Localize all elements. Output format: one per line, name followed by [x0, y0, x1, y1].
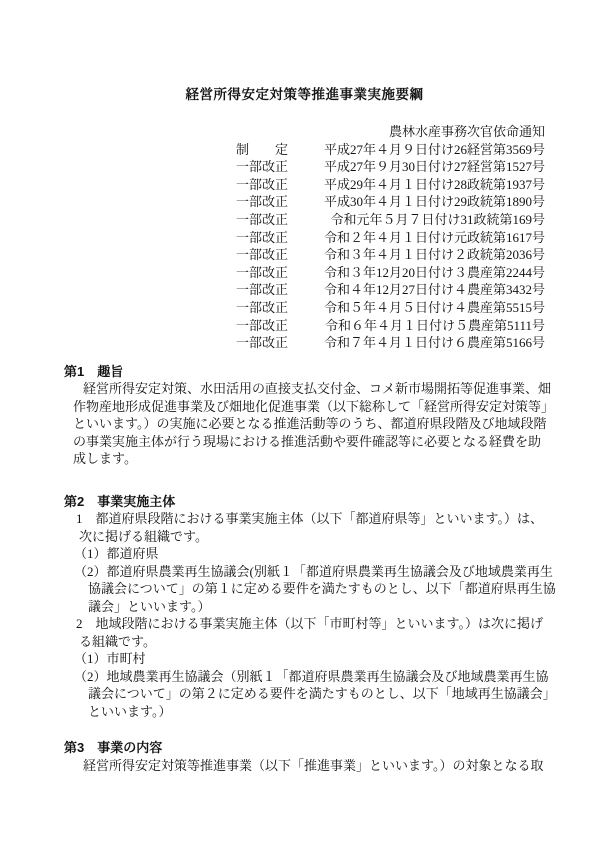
section-business-content: 第3 事業の内容 経営所得安定対策等推進事業（以下「推進事業」といいます。）の対… [64, 739, 545, 774]
revision-date: 平成27年４月９日付け26経営第3569号 [324, 141, 545, 159]
section-heading: 第1 趣旨 [64, 363, 545, 381]
document-title: 経営所得安定対策等推進事業実施要綱 [64, 86, 545, 104]
revision-date: 令和４年12月27日付け４農産第3432号 [324, 281, 545, 299]
section-purpose: 第1 趣旨 経営所得安定対策、水田活用の直接支払交付金、コメ新市場開拓等促進事業… [64, 363, 545, 468]
revision-date: 令和７年４月１日付け６農産第5166号 [324, 334, 545, 352]
revision-label: 一部改正 [236, 211, 288, 229]
revision-row: 一部改正 令和４年12月27日付け４農産第3432号 [236, 281, 545, 299]
revision-date: 令和３年12月20日付け３農産第2244号 [324, 264, 545, 282]
revision-row: 一部改正 平成29年４月１日付け28政統第1937号 [236, 176, 545, 194]
text-line: （2）都道府県農業再生協議会(別紙１「都道府県農業再生協議会及び地域農業再生 [64, 563, 545, 581]
revision-label: 一部改正 [236, 281, 288, 299]
revision-row: 一部改正 令和５年４月５日付け４農産第5515号 [236, 299, 545, 317]
revision-label: 一部改正 [236, 334, 288, 352]
revision-label: 一部改正 [236, 229, 288, 247]
text-line: 議会について」の第２に定める要件を満たすものとし、以下「地域再生協議会」 [64, 685, 545, 703]
issuer-notice: 農林水産事務次官依命通知 [236, 123, 545, 141]
text-line: 成します。 [64, 450, 545, 468]
text-line: 2 地域段階における事業実施主体（以下「市町村等」といいます。）は次に掲げ [64, 615, 545, 633]
text-line: といいます。） [64, 703, 545, 721]
text-line: 協議会について」の第１に定める要件を満たすものとし、以下「都道府県再生協 [64, 580, 545, 598]
revision-row: 一部改正 令和７年４月１日付け６農産第5166号 [236, 334, 545, 352]
section-implementing-bodies: 第2 事業実施主体 1 都道府県段階における事業実施主体（以下「都道府県等」とい… [64, 493, 545, 721]
text-line: の事業実施主体が行う現場における推進活動や要件確認等に必要となる経費を助 [64, 433, 545, 451]
text-line: 1 都道府県段階における事業実施主体（以下「都道府県等」といいます。）は、 [64, 510, 545, 528]
revision-date: 令和６年４月１日付け５農産第5111号 [325, 317, 545, 335]
text-line: （1）都道府県 [64, 545, 545, 563]
revision-label: 一部改正 [236, 176, 288, 194]
text-line: （1）市町村 [64, 650, 545, 668]
revision-label: 一部改正 [236, 158, 288, 176]
revision-row: 一部改正 令和６年４月１日付け５農産第5111号 [236, 317, 545, 335]
text-line: 経営所得安定対策等推進事業（以下「推進事業」といいます。）の対象となる取 [64, 757, 545, 775]
text-line: る組織です。 [64, 633, 545, 651]
revision-date: 令和元年５月７日付け31政統第169号 [330, 211, 545, 229]
revision-row: 一部改正 令和３年４月１日付け２政統第2036号 [236, 246, 545, 264]
revision-row: 一部改正 令和２年４月１日付け元政統第1617号 [236, 229, 545, 247]
revision-row: 一部改正 平成27年９月30日付け27経営第1527号 [236, 158, 545, 176]
text-line: （2）地域農業再生協議会（別紙１「都道府県農業再生協議会及び地域農業再生協 [64, 668, 545, 686]
revision-label: 一部改正 [236, 299, 288, 317]
revision-date: 平成29年４月１日付け28政統第1937号 [324, 176, 545, 194]
section-heading: 第3 事業の内容 [64, 739, 545, 757]
revision-label: 一部改正 [236, 317, 288, 335]
revision-date: 平成30年４月１日付け29政統第1890号 [324, 193, 545, 211]
revision-label: 一部改正 [236, 264, 288, 282]
text-line: 次に掲げる組織です。 [64, 528, 545, 546]
text-line: 経営所得安定対策、水田活用の直接支払交付金、コメ新市場開拓等促進事業、畑 [64, 380, 545, 398]
revision-date: 令和２年４月１日付け元政統第1617号 [324, 229, 545, 247]
revision-label: 制 定 [236, 141, 288, 159]
revision-date: 令和５年４月５日付け４農産第5515号 [324, 299, 545, 317]
revision-history-block: 農林水産事務次官依命通知 制 定 平成27年４月９日付け26経営第3569号 一… [236, 123, 545, 352]
revision-row: 一部改正 令和元年５月７日付け31政統第169号 [236, 211, 545, 229]
text-line: 議会」といいます。） [64, 598, 545, 616]
text-line: といいます。）の実施に必要となる推進活動等のうち、都道府県段階及び地域段階 [64, 415, 545, 433]
revision-row: 一部改正 平成30年４月１日付け29政統第1890号 [236, 193, 545, 211]
revision-row: 制 定 平成27年４月９日付け26経営第3569号 [236, 141, 545, 159]
revision-date: 令和３年４月１日付け２政統第2036号 [324, 246, 545, 264]
revision-label: 一部改正 [236, 193, 288, 211]
section-heading: 第2 事業実施主体 [64, 493, 545, 511]
revision-label: 一部改正 [236, 246, 288, 264]
revision-row: 一部改正 令和３年12月20日付け３農産第2244号 [236, 264, 545, 282]
text-line: 作物産地形成促進事業及び畑地化促進事業（以下総称して「経営所得安定対策等」 [64, 398, 545, 416]
revision-date: 平成27年９月30日付け27経営第1527号 [324, 158, 545, 176]
document-page: 経営所得安定対策等推進事業実施要綱 農林水産事務次官依命通知 制 定 平成27年… [0, 0, 595, 841]
